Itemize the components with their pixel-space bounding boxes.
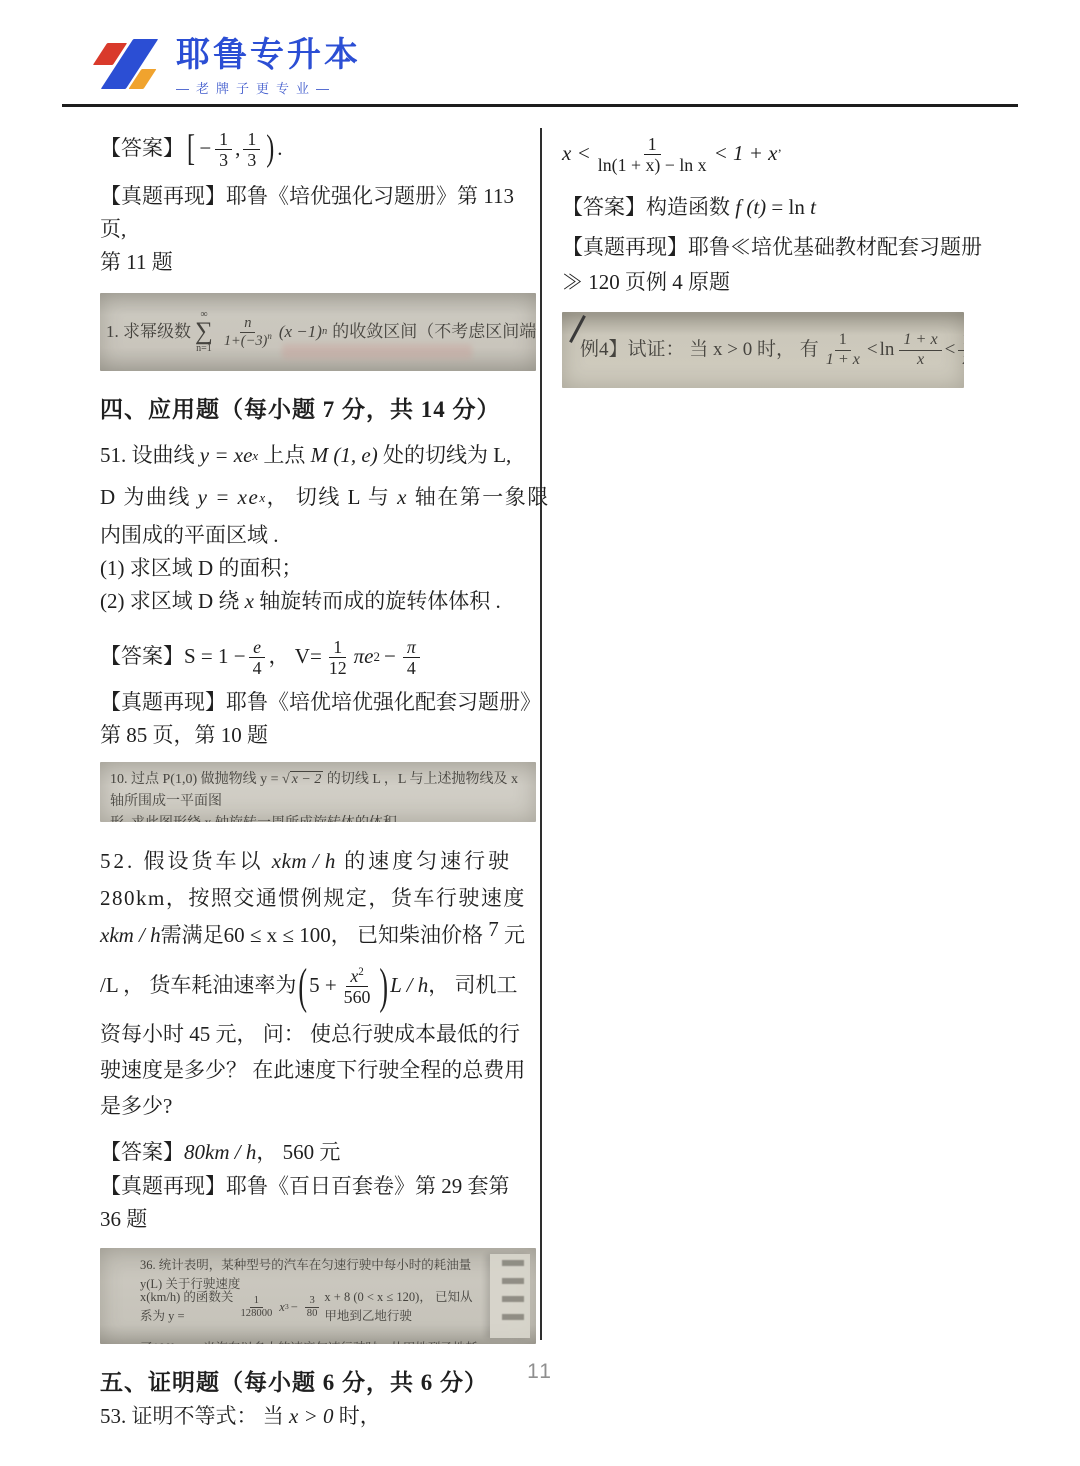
square-root: √x − 2 (282, 771, 323, 787)
text: 52. 假设货车以 (100, 846, 264, 878)
minus-sign: − (384, 641, 396, 673)
math-token: 5 + (309, 970, 337, 1002)
text: 时， (339, 1401, 381, 1433)
math-token: x > 0 (289, 1401, 334, 1433)
text: /L ， 货车耗油速率为 (100, 970, 296, 1002)
text: ， 司机工 (428, 970, 517, 1002)
fraction: 1128000 (236, 1295, 276, 1320)
open-bracket: [ (187, 121, 195, 177)
answer-label: 【答案】 (562, 192, 646, 224)
comma: ， (269, 641, 290, 673)
source-line: 36 题 (100, 1203, 536, 1236)
answer-label: 【答案】 (100, 1137, 184, 1169)
problem-52-line: 驶速度是多少？ 在此速度下行驶全程的总费用 (100, 1052, 536, 1088)
math-token: < 1 + x (714, 138, 778, 170)
column-divider (540, 128, 542, 1340)
photo-text: 10. 过点 P(1,0) 做抛物线 y = (110, 772, 279, 787)
math-token: y = xe (198, 482, 260, 514)
book-edge-marks (502, 1260, 524, 1330)
text: ， 560 元 (256, 1137, 340, 1169)
math-token: 7 (488, 914, 499, 946)
math-token: 60 ≤ x ≤ 100 (224, 920, 331, 952)
text: 的速度匀速行驶 (344, 846, 512, 878)
problem-photo-parabola: 10. 过点 P(1,0) 做抛物线 y = √x − 2 的切线 L ，L 与… (100, 762, 536, 822)
problem-51-line: 51. 设曲线 y = xex 上点 M (1, e) 处的切线为 L, (100, 435, 536, 477)
less-than: < (867, 336, 878, 365)
close-paren: ) (266, 121, 274, 177)
problem-52-line: xkm / h 需满足 60 ≤ x ≤ 100 ， 已知柴油价格 7 元 (100, 916, 536, 956)
answer-51-line: 【答案】 S = 1 − e4 ， V= 112 πe2 − π4 (100, 628, 536, 686)
close-paren: ) (379, 949, 388, 1023)
document-page: 耶鲁专升本 —老牌子更专业— 【答案】 [ − 13 , 13 ) . 【真题再… (0, 0, 1080, 1466)
problem-51-sub2: (2) 求区域 D 绕 x 轴旋转而成的旋转体体积 . (100, 585, 536, 618)
problem-52-line: 52. 假设货车以 xkm / h 的速度匀速行驶 (100, 844, 536, 880)
comma: , (235, 133, 240, 165)
math-token: (x −1) (279, 319, 322, 345)
fraction: 11 + x (822, 331, 864, 368)
math-token: ln (789, 192, 805, 224)
fraction: 112 (325, 637, 351, 678)
source-line: 【真题再现】耶鲁≪培优基础教材配套习题册 (562, 230, 1002, 265)
problem-51-sub1: (1) 求区域 D 的面积； (100, 552, 536, 585)
fraction: 1 + xx (899, 331, 941, 368)
photo-text: 形. 求此图形绕 x 轴旋转一周所成旋转体的体积. (110, 816, 401, 822)
source-line: 【真题再现】耶鲁《培优培优强化配套习题册》 (100, 686, 536, 719)
text: 轴在第一象限 (415, 482, 550, 514)
math-token: L / h (390, 970, 428, 1002)
open-paren: ( (298, 949, 307, 1023)
text: 上点 (263, 440, 305, 472)
brand-name: 耶鲁专升本 (176, 36, 361, 75)
math-token: 80km / h (184, 1137, 256, 1169)
photo-text: 的收敛区间（不考虑区间端点的情况）. (332, 319, 536, 345)
math-token: M (1, e) (311, 440, 378, 472)
source-line: 第 11 题 (100, 246, 536, 279)
fraction: n 1+(−3)n (220, 315, 276, 348)
problem-52-line: 是多少? (100, 1088, 536, 1124)
brand-header: 耶鲁专升本 —老牌子更专业— (98, 36, 361, 97)
text: 53. 证明不等式： 当 (100, 1401, 284, 1433)
answer-53-line: 【答案】 构造函数 f (t) = ln t (562, 186, 1002, 230)
brand-logo-icon (98, 36, 160, 94)
photo-text: 36. 统计表明，某种型号的汽车在匀速行驶中每小时的耗油量 y(L) 关于行驶速… (140, 1258, 471, 1291)
problem-52-line: /L ， 货车耗油速率为 ( 5 + x2 560 ) L / h ， 司机工 (100, 956, 536, 1016)
page-number: 11 (0, 1360, 1080, 1384)
fraction: 380 (303, 1295, 322, 1320)
problem-52-line: 280km，按照交通惯例规定，货车行驶速度 (100, 880, 536, 916)
fraction: x2 560 (340, 966, 375, 1007)
problem-53-line: 53. 证明不等式： 当 x > 0 时， (100, 1400, 536, 1433)
answer-label: 【答案】 (100, 641, 184, 673)
math-token: x < (562, 138, 591, 170)
source-line: ≫ 120 页例 4 原题 (562, 265, 1002, 300)
source-line: 【真题再现】耶鲁《培优强化习题册》第 113 页, (100, 180, 536, 246)
answer-label: 【答案】 (100, 133, 184, 165)
math-token: S = 1 − (184, 641, 246, 673)
brand-tagline: —老牌子更专业— (176, 78, 361, 97)
math-token: x (397, 482, 408, 514)
equals-sign: = (771, 192, 783, 224)
problem-51-line: D 为曲线 y = xex ， 切线 L 与 x 轴在第一象限 (100, 477, 536, 519)
fraction: 1 ln(1 + x) − ln x (594, 134, 711, 175)
problem-photo-example4: 例4】试证： 当 x > 0 时， 有 11 + x < ln 1 + xx <… (562, 312, 964, 388)
text: 51. 设曲线 (100, 440, 195, 472)
photo-text: 例4】试证： 当 x > 0 时， 有 (580, 336, 819, 365)
inequality-formula-line: x < 1 ln(1 + x) − ln x < 1 + x ’ (562, 122, 1002, 186)
summation-symbol: ∞ ∑ n=1 (195, 310, 213, 354)
photo-text: x + 8 (0 < x ≤ 120)， 已知从甲地到乙地行驶 (324, 1288, 484, 1326)
header-rule (62, 104, 1018, 107)
text: 需满足 (161, 920, 224, 952)
math-token: x (245, 586, 254, 618)
problem-photo-series: 1. 求幂级数 ∞ ∑ n=1 n 1+(−3)n (x −1)n 的收敛区间（… (100, 293, 536, 371)
math-token: y = xe (200, 440, 253, 472)
photo-text: x(km/h) 的函数关系为 y = (140, 1288, 233, 1326)
math-token: ln (880, 336, 895, 365)
problem-photo-fuel: 36. 统计表明，某种型号的汽车在匀速行驶中每小时的耗油量 y(L) 关于行驶速… (100, 1248, 536, 1344)
faint-watermark (282, 344, 472, 359)
text: 元 (504, 920, 525, 952)
math-token: V= (295, 641, 322, 673)
text: 处的切线为 L, (383, 440, 511, 472)
math-token: xkm / h (100, 920, 161, 952)
minus-sign: − (291, 1298, 298, 1317)
source-line: 【真题再现】耶鲁《百日百套卷》第 29 套第 (100, 1170, 536, 1203)
text: ， 切线 L 与 (267, 482, 391, 514)
math-token: πe (354, 641, 374, 673)
photo-text: 了100km。 当汽车以多大的速度匀速行驶时，从甲地到乙地耗油最少? (140, 1341, 478, 1344)
photo-text: 1. 求幂级数 (106, 319, 191, 345)
text: (2) 求区域 D 绕 (100, 586, 239, 618)
math-token: t (810, 192, 816, 224)
fraction: e4 (249, 637, 266, 678)
fraction: π4 (403, 637, 420, 678)
minus-sign: − (198, 133, 212, 165)
problem-51-line: 内围成的平面区域 . (100, 519, 536, 552)
text: ， 已知柴油价格 (331, 920, 483, 952)
text: D 为曲线 (100, 482, 191, 514)
less-than: < (945, 336, 956, 365)
fraction: 1x (958, 331, 964, 368)
answer-interval-line: 【答案】 [ − 13 , 13 ) . (100, 118, 536, 180)
right-column: x < 1 ln(1 + x) − ln x < 1 + x ’ 【答案】 构造… (562, 112, 1002, 388)
problem-52-line: 资每小时 45 元， 问： 使总行驶成本最低的行 (100, 1016, 536, 1052)
math-token: f (t) (735, 192, 766, 224)
answer-52-line: 【答案】 80km / h ， 560 元 (100, 1136, 536, 1170)
text: 构造函数 (646, 192, 730, 224)
source-line: 第 85 页，第 10 题 (100, 719, 536, 752)
left-column: 【答案】 [ − 13 , 13 ) . 【真题再现】耶鲁《培优强化习题册》第 … (100, 112, 536, 1433)
section-heading-applications: 四、应用题（每小题 7 分，共 14 分） (100, 393, 536, 427)
fraction: 13 (215, 129, 232, 170)
period: . (277, 133, 282, 165)
text: 轴旋转而成的旋转体体积 . (259, 586, 501, 618)
fraction: 13 (243, 129, 260, 170)
math-token: xkm / h (272, 846, 336, 878)
